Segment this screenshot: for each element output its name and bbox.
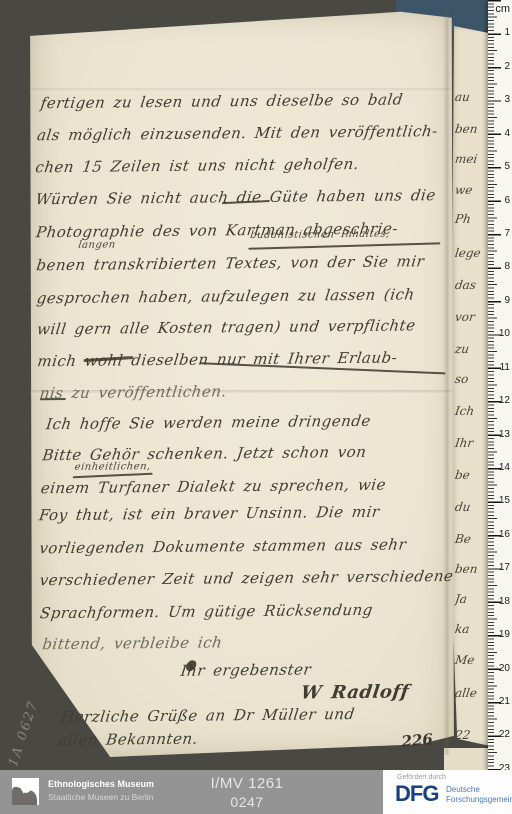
museum-subtitle: Staatliche Museen zu Berlin bbox=[48, 792, 153, 802]
inserted-word: langen bbox=[78, 239, 117, 250]
edge-fragment: so bbox=[454, 372, 490, 386]
edge-fragment: Me bbox=[454, 653, 490, 667]
letter-line: vorliegenden Dokumente stammen aus sehr bbox=[38, 535, 407, 557]
edge-fragment: mei bbox=[454, 152, 490, 166]
dfg-logo: DFG bbox=[395, 781, 438, 807]
handwritten-letter-text: 226 fertigen zu lesen und uns dieselbe s… bbox=[0, 0, 512, 814]
letter-line: W Radloff bbox=[300, 681, 411, 703]
ruler-number: 2 bbox=[504, 61, 510, 72]
ruler-number: 6 bbox=[504, 195, 510, 206]
funding-panel: Gefördert durch DFG DeutscheForschungsge… bbox=[383, 770, 512, 814]
footer: Ethnologisches Museum Staatliche Museen … bbox=[0, 770, 512, 814]
letter-line: einem Turfaner Dialekt zu sprechen, wie bbox=[40, 476, 387, 498]
edge-fragment: we bbox=[454, 183, 490, 197]
letter-line: benen transkribierten Textes, von der Si… bbox=[35, 252, 425, 274]
ruler-number: 3 bbox=[504, 94, 510, 105]
ruler-number: 20 bbox=[499, 663, 510, 674]
ink-stroke bbox=[40, 398, 66, 400]
funding-prefix: Gefördert durch bbox=[397, 774, 446, 781]
museum-name: Ethnologisches Museum bbox=[48, 779, 154, 789]
ink-stroke bbox=[73, 473, 153, 478]
ruler-number: 9 bbox=[504, 295, 510, 306]
edge-fragment: lege bbox=[454, 246, 490, 260]
ruler-number: 13 bbox=[499, 429, 510, 440]
inserted-word: einheitlichen, bbox=[74, 461, 152, 473]
edge-fragment: Be bbox=[454, 532, 490, 546]
edge-fragment: ben bbox=[454, 122, 490, 136]
smb-logo-glyph bbox=[12, 778, 39, 805]
edge-fragment: das bbox=[454, 278, 490, 292]
ruler-number: 5 bbox=[504, 161, 510, 172]
ruler-number: 21 bbox=[499, 696, 510, 707]
letter-line: chen 15 Zeilen ist uns nicht geholfen. bbox=[34, 155, 360, 176]
ruler-number: 14 bbox=[499, 462, 510, 473]
ruler-number: 16 bbox=[499, 529, 510, 540]
ink-stroke bbox=[248, 242, 440, 249]
ruler-number: 8 bbox=[504, 261, 510, 272]
document-scan: 226 fertigen zu lesen und uns dieselbe s… bbox=[0, 0, 512, 814]
ruler-number: 10 bbox=[499, 328, 510, 339]
letter-line: will gern alle Kosten tragen) und verpfl… bbox=[36, 316, 417, 338]
edge-fragment: Ja bbox=[454, 592, 490, 606]
letter-line: allen Bekannten. bbox=[57, 730, 199, 749]
ruler-number: 18 bbox=[499, 596, 510, 607]
letter-line: Herzliche Grüße an Dr Müller und bbox=[60, 705, 356, 726]
letter-line: fertigen zu lesen und uns dieselbe so ba… bbox=[40, 90, 404, 112]
ruler-number: 4 bbox=[504, 128, 510, 139]
ruler-number: 12 bbox=[499, 395, 510, 406]
letter-line: verschiedener Zeit und zeigen sehr versc… bbox=[39, 567, 455, 589]
ruler-unit-label: cm bbox=[495, 3, 510, 15]
ruler-number: 22 bbox=[499, 729, 510, 740]
letter-line: Ich hoffe Sie werden meine dringende bbox=[45, 412, 372, 433]
ruler-number: 11 bbox=[500, 362, 510, 373]
smb-museum-logo-icon bbox=[12, 778, 39, 805]
letter-line: als möglich einzusenden. Mit den veröffe… bbox=[36, 122, 439, 144]
ruler-number: 1 bbox=[504, 27, 510, 38]
ruler-number: 19 bbox=[499, 629, 510, 640]
cm-ruler: cm 1234567891011121314151617181920212223 bbox=[488, 0, 512, 771]
letter-line: Sprachformen. Um gütige Rücksendung bbox=[39, 601, 374, 623]
page-number: 226 bbox=[401, 730, 434, 750]
edge-fragment: vor bbox=[454, 310, 490, 324]
edge-fragment: du bbox=[454, 500, 490, 514]
edge-fragment: 22 bbox=[454, 728, 490, 742]
inventory-reference: I/MV 1261 0247 bbox=[147, 770, 347, 814]
ruler-number: 17 bbox=[499, 562, 510, 573]
edge-fragment: ka bbox=[454, 622, 490, 636]
letter-line: nis zu veröffentlichen. bbox=[39, 382, 228, 402]
letter-line: Foy thut, ist ein braver Unsinn. Die mir bbox=[38, 503, 381, 525]
letter-line: Ihr ergebenster bbox=[180, 660, 313, 679]
inserted-word: buddhistischen Inhaltes, bbox=[249, 229, 390, 241]
dfg-org-name: DeutscheForschungsgemeinschaft bbox=[446, 785, 512, 805]
ruler-cm-ticks bbox=[488, 0, 501, 771]
ruler-number: 7 bbox=[504, 228, 510, 239]
edge-fragment: alle bbox=[454, 686, 490, 700]
inventory-number: I/MV 1261 bbox=[147, 775, 347, 792]
edge-fragment: au bbox=[454, 90, 490, 104]
ruler-number: 15 bbox=[499, 495, 510, 506]
edge-fragment: be bbox=[454, 468, 490, 482]
edge-fragment: Ihr bbox=[454, 436, 490, 450]
letter-line: gesprochen haben, aufzulegen zu lassen (… bbox=[36, 285, 416, 307]
letter-line: Würden Sie nicht auch die Güte haben uns… bbox=[35, 186, 437, 208]
edge-fragment: ben bbox=[454, 562, 490, 576]
edge-fragment: Ich bbox=[454, 404, 490, 418]
sheet-number: 0247 bbox=[147, 794, 347, 810]
edge-fragment: Ph bbox=[454, 212, 490, 226]
edge-fragment: zu bbox=[454, 342, 490, 356]
letter-line: bittend, verbleibe ich bbox=[41, 633, 223, 653]
